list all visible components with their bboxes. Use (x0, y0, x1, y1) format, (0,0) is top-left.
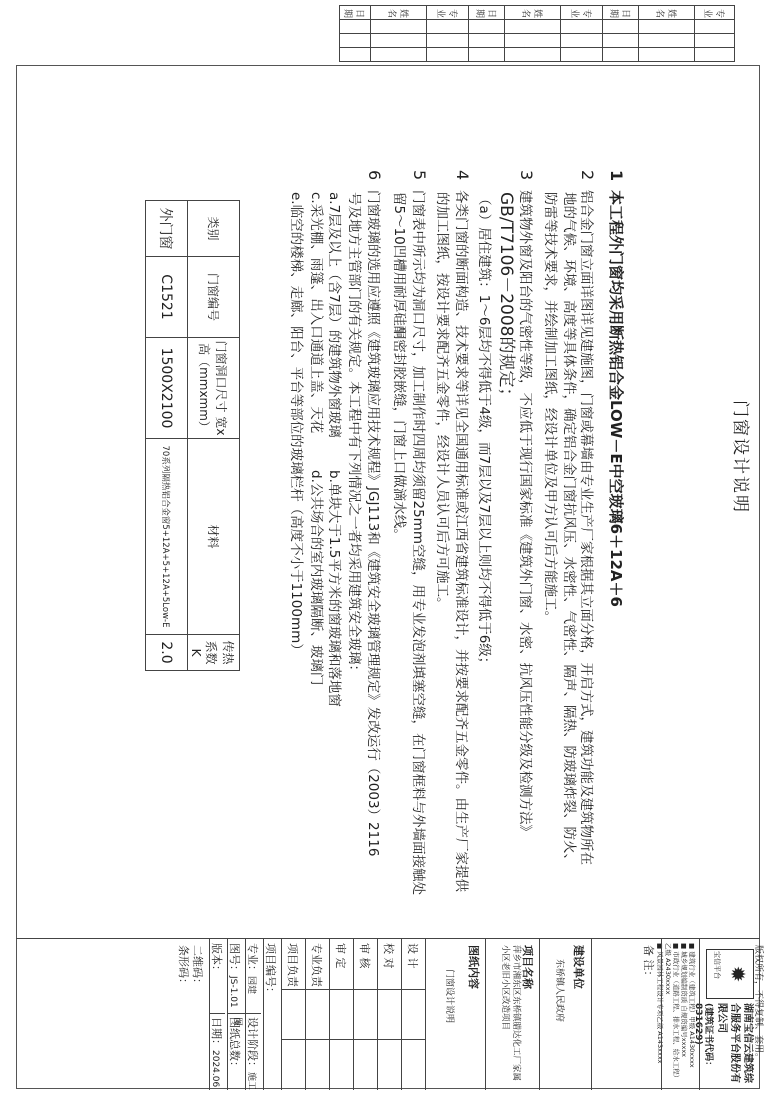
signature-row: 日 期 (340, 6, 371, 62)
signature-cell[interactable] (427, 34, 469, 48)
signature-cell[interactable] (353, 1039, 377, 1040)
role-label: 审 核 (357, 943, 373, 969)
role-row: 项目负责 (282, 939, 306, 1090)
signature-cell[interactable] (281, 1039, 305, 1040)
company-notes: ■ 建筑行业（建筑工程）甲级 A1430xxxx■ 城乡规划编制资质 自规资编号… (662, 939, 700, 1090)
note-number: 2 (578, 170, 596, 190)
note-line: 的加工图纸，按设计要求配齐五金零件，经设计人员认可后方可施工。 (433, 192, 451, 611)
signature-table: 专 业姓 名日 期专 业姓 名日 期专 业姓 名日 期 (340, 5, 735, 62)
note-text: 门窗表中所示均为洞口尺寸，加工制作时四周均须留25mm空缝，用专业发泡剂填塞空缝… (410, 190, 426, 895)
note-text: b.单块大于1.5平方米的窗玻璃和落地窗 (326, 470, 342, 707)
drawing-content-row: 图纸内容 门窗设计说明 (426, 939, 486, 1090)
table-cell: 外门窗 (146, 201, 188, 257)
note-text: 建筑物外窗及阳台的气密性等级，不应低于现行国家标准《建筑外门窗、水密、抗风压性能… (517, 190, 533, 838)
signature-cell[interactable] (639, 20, 695, 34)
table-cell: 70系列隔热铝合金窗5+12A+5+12A+5Low-E (146, 439, 188, 635)
company-note: ■ 市政行业（道路工程、排水工程、给水工程）乙级 A2430xxxx (664, 943, 680, 1086)
drawing-no-row: 图号：JS-1.01 图纸总数： (228, 939, 246, 1090)
note-line: b.单块大于1.5平方米的窗玻璃和落地窗 (325, 470, 343, 707)
note-line: e.临空的楼梯、走廊、阳台、平台等部位的玻璃栏杆（高度不小于1100mm） (287, 192, 305, 657)
signature-header: 日 期 (469, 6, 505, 20)
note-text: 留5～10凹槽用耐厚硅酮密封胶嵌缝，门窗上口做滴水线。 (391, 192, 407, 542)
signature-cell[interactable] (371, 48, 427, 62)
note-line: 防雷等技术要求，并绘制加工图纸，经设计单位及甲方认可后方能施工。 (541, 192, 559, 624)
signature-cell[interactable] (469, 34, 505, 48)
signature-cell[interactable] (505, 20, 561, 34)
signature-cell[interactable] (340, 34, 371, 48)
note-line: 6门窗玻璃的选用应遵照《建筑玻璃应用技术规程》JGJ113和《建筑安全玻璃管理规… (364, 170, 383, 856)
signature-cell[interactable] (603, 48, 639, 62)
signature-cell[interactable] (695, 34, 735, 48)
note-line: 留5～10凹槽用耐厚硅酮密封胶嵌缝，门窗上口做滴水线。 (390, 192, 408, 542)
signature-cell[interactable] (329, 1039, 353, 1040)
project-row: 项目名称 萍乡市湘东区东桥镇腊达化工厂家属小区老旧小区改造项目 (486, 939, 540, 1090)
note-line: GB/T7106－2008的规定； (496, 192, 515, 404)
role-label: 审 定 (333, 943, 349, 969)
title-block: ✹ 宝信平台 湖南宝信云建筑综合服务平台股份有限公司 (建筑证书代码：83162… (16, 938, 760, 1090)
signature-cell[interactable] (305, 989, 329, 990)
signature-cell[interactable] (427, 48, 469, 62)
note-line: a.7层及以上（含7层）的建筑物外窗玻璃 (325, 192, 343, 438)
codes-row: 二维码： 条形码： (16, 939, 210, 1090)
signature-header: 姓 名 (505, 6, 561, 20)
table-cell: 1500X2100 (146, 338, 188, 439)
signature-cell[interactable] (329, 989, 353, 990)
role-row: 审 核 (354, 939, 378, 1090)
signature-row: 专 业 (561, 6, 603, 62)
signature-header: 专 业 (561, 6, 603, 20)
signature-row: 专 业 (695, 6, 735, 62)
signature-cell[interactable] (353, 989, 377, 990)
signature-cell[interactable] (505, 34, 561, 48)
note-text: 本工程外门窗均采用断热铝合金LOW－E中空玻璃6＋12A＋6 (607, 190, 625, 607)
signature-cell[interactable] (639, 48, 695, 62)
signature-cell[interactable] (695, 20, 735, 34)
note-text: （a）居住建筑：1～6层均不得低于4级，而7层以及7层以上则均不得低于6级； (476, 192, 492, 670)
signature-row: 日 期 (469, 6, 505, 62)
note-line: 4各类门窗的断面构造、技术要求等详见全国通用标准或江西省建筑标准设计，并按要求配… (452, 170, 471, 892)
note-line: （a）居住建筑：1～6层均不得低于4级，而7层以及7层以上则均不得低于6级； (475, 192, 493, 670)
note-line: d.公共场合的室内玻璃隔断、玻璃门 (307, 470, 325, 685)
signature-row: 姓 名 (371, 6, 427, 62)
signature-header: 日 期 (603, 6, 639, 20)
note-text: GB/T7106－2008的规定； (496, 192, 516, 404)
note-text: e.临空的楼梯、走廊、阳台、平台等部位的玻璃栏杆（高度不小于1100mm） (288, 192, 304, 657)
page-title: 门窗设计说明 (730, 400, 755, 514)
note-number: 5 (410, 170, 428, 190)
signature-cell[interactable] (561, 20, 603, 34)
company-name: 湖南宝信云建筑综合服务平台股份有限公司 (715, 1003, 754, 1087)
note-line: c.采光棚、雨篷、出入口通道上盖、天花 (307, 192, 325, 433)
drawing-sheet: 专 业姓 名日 期专 业姓 名日 期专 业姓 名日 期 门窗设计说明 1本工程外… (0, 0, 771, 1099)
role-label: 校 对 (381, 943, 397, 969)
note-line: 1本工程外门窗均采用断热铝合金LOW－E中空玻璃6＋12A＋6 (607, 170, 625, 607)
note-text: 号及地方主管部门的有关规定。本工程中有下列情况之一者均采用建筑安全玻璃： (346, 192, 362, 678)
signature-cell[interactable] (603, 34, 639, 48)
drawing-frame (16, 65, 760, 1089)
signature-cell[interactable] (561, 34, 603, 48)
signature-cell[interactable] (401, 989, 425, 990)
signature-cell[interactable] (281, 989, 305, 990)
note-text: 铝合金门窗立面详图详见建施图，门窗或幕墙由专业生产厂家根据其立面分格，开启方式，… (578, 190, 594, 865)
role-row: 设 计 (402, 939, 426, 1090)
note-line: 号及地方主管部门的有关规定。本工程中有下列情况之一者均采用建筑安全玻璃： (345, 192, 363, 678)
note-text: c.采光棚、雨篷、出入口通道上盖、天花 (308, 192, 324, 433)
project-no-row: 项目编号： (264, 939, 282, 1090)
note-line: 5门窗表中所示均为洞口尺寸，加工制作时四周均须留25mm空缝，用专业发泡剂填塞空… (409, 170, 428, 895)
company-note: ■ 建筑行业（建筑工程）甲级 A1430xxxx (688, 943, 696, 1086)
signature-row: 姓 名 (505, 6, 561, 62)
note-line: 地的气候、环境、高度等具体条件，确定铝合金门窗抗风压、水密性、气密性、隔声、隔热… (560, 192, 578, 867)
signature-cell[interactable] (427, 20, 469, 34)
copyright-notice: 版权所有，不得复制、套用。 (753, 945, 766, 1085)
signature-cell[interactable] (695, 48, 735, 62)
note-line: 3建筑物外窗及阳台的气密性等级，不应低于现行国家标准《建筑外门窗、水密、抗风压性… (516, 170, 535, 838)
table-cell: C1521 (146, 257, 188, 338)
logo-text: 宝信平台 (712, 951, 722, 979)
remarks: 备 注： (592, 939, 662, 1090)
table-header: 类别 (188, 201, 240, 257)
note-text: 地的气候、环境、高度等具体条件，确定铝合金门窗抗风压、水密性、气密性、隔声、隔热… (561, 192, 577, 867)
company-note: ■ 城乡规划编制资质 自规资编号xxxxx (680, 943, 688, 1086)
note-text: d.公共场合的室内玻璃隔断、玻璃门 (308, 470, 324, 685)
note-number: 6 (365, 170, 383, 190)
note-number: 1 (607, 170, 625, 190)
signature-header: 姓 名 (371, 6, 427, 20)
note-text: 门窗玻璃的选用应遵照《建筑玻璃应用技术规程》JGJ113和《建筑安全玻璃管理规定… (365, 190, 381, 856)
signature-header: 专 业 (695, 6, 735, 20)
role-label: 设 计 (405, 943, 421, 969)
signature-header: 姓 名 (639, 6, 695, 20)
signature-cell[interactable] (377, 989, 401, 990)
logo-area: ✹ 宝信平台 湖南宝信云建筑综合服务平台股份有限公司 (建筑证书代码：83162… (700, 939, 760, 1090)
role-label: 项目负责 (285, 943, 301, 987)
signature-header: 专 业 (427, 6, 469, 20)
note-number: 4 (453, 170, 471, 190)
signature-cell[interactable] (340, 20, 371, 34)
signature-cell[interactable] (371, 20, 427, 34)
signature-row: 专 业 (427, 6, 469, 62)
signature-cell[interactable] (603, 20, 639, 34)
role-row: 审 定 (330, 939, 354, 1090)
note-text: 各类门窗的断面构造、技术要求等详见全国通用标准或江西省建筑标准设计，并按要求配齐… (453, 190, 469, 892)
version-row: 版本： 日期：2024.06 (210, 939, 228, 1090)
signature-row: 姓 名 (639, 6, 695, 62)
note-text: 的加工图纸，按设计要求配齐五金零件，经设计人员认可后方可施工。 (434, 192, 450, 611)
table-row: 外门窗C15211500X210070系列隔热铝合金窗5+12A+5+12A+5… (146, 201, 188, 671)
table-header: 传热系数 K (188, 635, 240, 671)
signature-cell[interactable] (469, 48, 505, 62)
role-row: 校 对 (378, 939, 402, 1090)
note-text: a.7层及以上（含7层）的建筑物外窗玻璃 (326, 192, 342, 438)
signature-cell[interactable] (377, 1039, 401, 1040)
signature-header: 日 期 (340, 6, 371, 20)
signature-cell[interactable] (340, 48, 371, 62)
table-header: 门窗洞口尺寸 宽x高（mmxmm） (188, 338, 240, 439)
signature-row: 日 期 (603, 6, 639, 62)
signature-cell[interactable] (561, 48, 603, 62)
signature-cell[interactable] (371, 34, 427, 48)
note-number: 3 (517, 170, 535, 190)
window-schedule-table: 类别门窗编号门窗洞口尺寸 宽x高（mmxmm）材料传热系数 K外门窗C15211… (145, 200, 240, 671)
note-text: 防雷等技术要求，并绘制加工图纸，经设计单位及甲方认可后方能施工。 (542, 192, 558, 624)
signature-cell[interactable] (305, 1039, 329, 1040)
role-label: 专业负责 (309, 943, 325, 987)
signature-cell[interactable] (639, 34, 695, 48)
signature-cell[interactable] (505, 48, 561, 62)
signature-cell[interactable] (401, 1039, 425, 1040)
signature-cell[interactable] (469, 20, 505, 34)
table-cell: 2.0 (146, 635, 188, 671)
table-header: 门窗编号 (188, 257, 240, 338)
discipline-row: 专业：园建 设计阶段：施工图 (246, 939, 264, 1090)
table-header: 材料 (188, 439, 240, 635)
client-row: 建设单位 东桥镇人民政府 (540, 939, 592, 1090)
note-line: 2铝合金门窗立面详图详见建施图，门窗或幕墙由专业生产厂家根据其立面分格，开启方式… (577, 170, 596, 865)
role-row: 专业负责 (306, 939, 330, 1090)
